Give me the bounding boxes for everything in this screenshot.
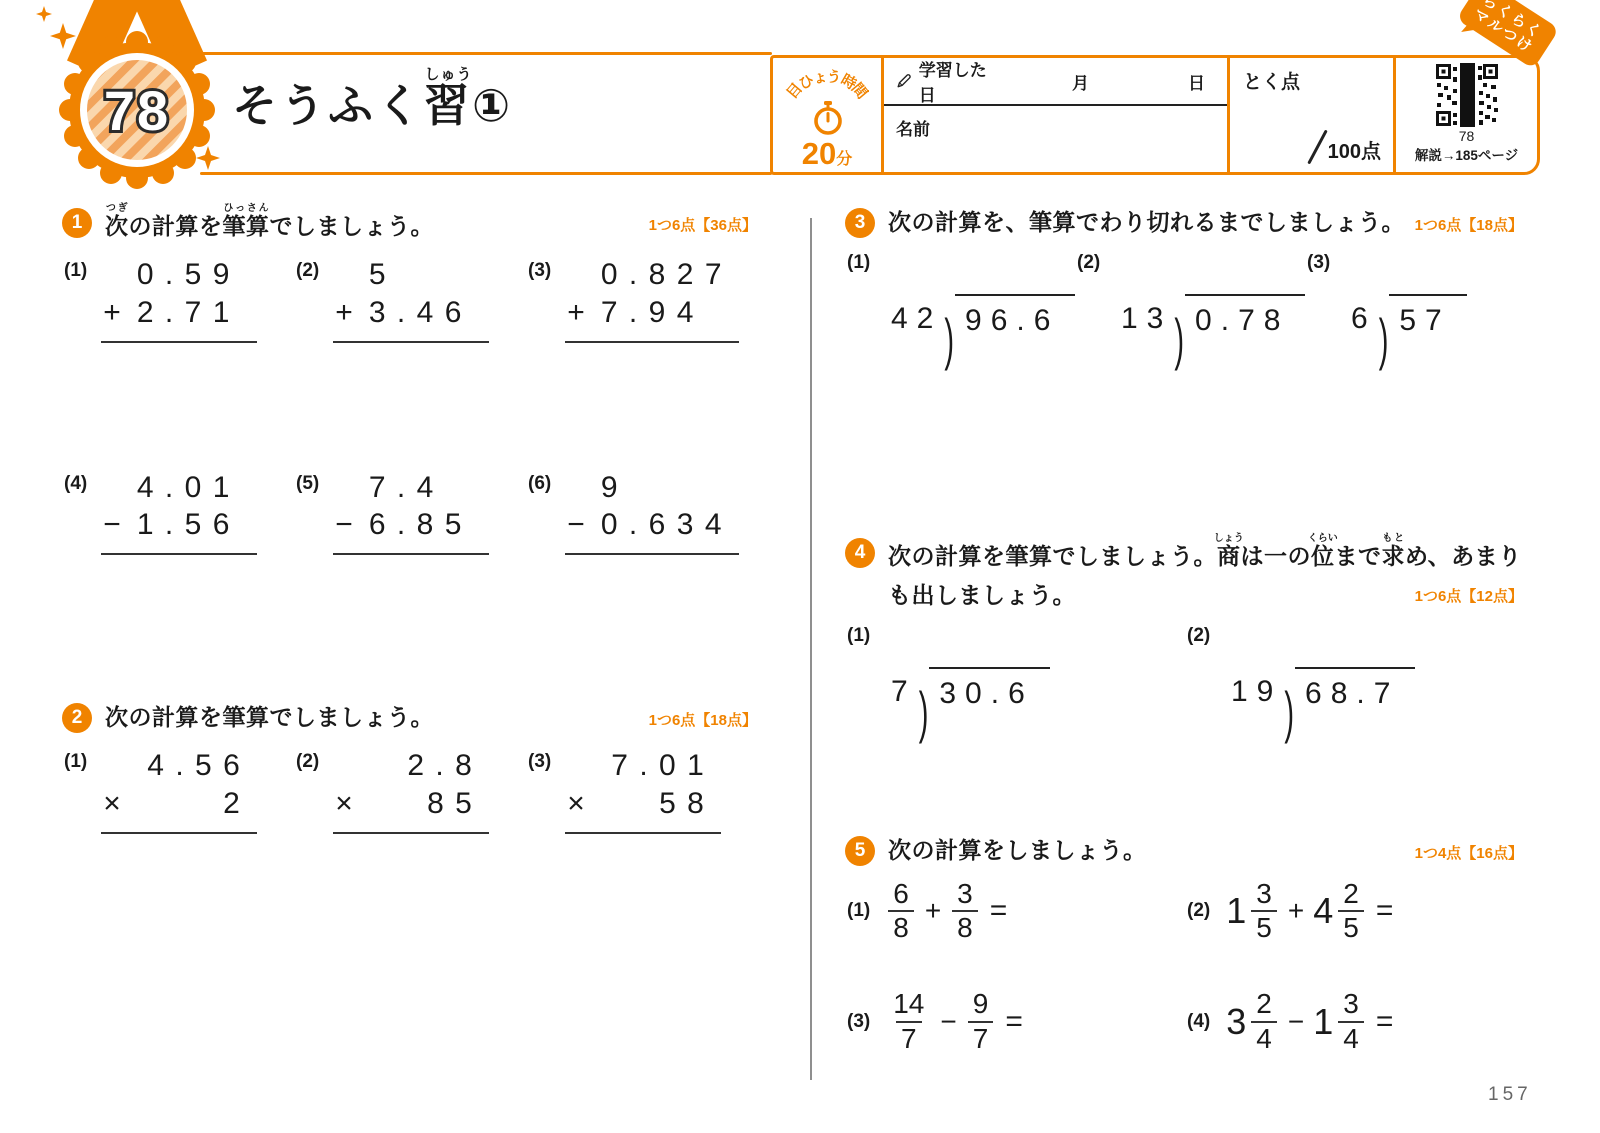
page-number: 157 — [1488, 1084, 1532, 1106]
fraction: 34 — [1338, 988, 1364, 1054]
study-date-label: 学習した日 — [919, 56, 993, 106]
problem-2-items: (1)4.56×2(2)2.8×85(3)7.01×58 — [62, 747, 757, 834]
stack-bottom-row: ×58 — [567, 785, 715, 823]
problem-points: 1つ6点【18点】 — [1415, 213, 1523, 239]
operator: − — [567, 506, 601, 544]
fraction-expression: 68+38= — [886, 878, 1007, 944]
top-number: 2.8 — [407, 747, 483, 785]
stack-top-row: 2.8 — [407, 747, 483, 785]
column-arithmetic-item: (3)0.827+7.94 — [528, 256, 759, 343]
item-label: (6) — [528, 473, 551, 495]
operator: − — [335, 506, 369, 544]
problem-points: 1つ6点【18点】 — [649, 708, 757, 734]
divisor: 19 — [1231, 667, 1282, 711]
fraction-item: (2)135+425= — [1187, 878, 1525, 944]
operator-slot — [567, 469, 601, 507]
medal-circle: 78 — [59, 31, 215, 189]
fraction-item: (1)68+38= — [847, 878, 1187, 944]
problem-number-badge: 4 — [845, 538, 875, 568]
whole-number: 1 — [1226, 890, 1246, 932]
score-max: 100点 — [1328, 135, 1381, 164]
problem-1-header: 1次つぎの計算を筆算ひっさんでしましょう。1つ6点【36点】 — [62, 203, 757, 246]
dividend: 0.78 — [1185, 294, 1305, 340]
item-label: (1) — [64, 260, 87, 282]
column-stack: 4.01−1.56 — [101, 469, 257, 556]
operator-slot — [103, 469, 137, 507]
lesson-medal-badge: 78 — [30, 0, 240, 200]
divisor: 7 — [891, 667, 917, 711]
qr-lesson-number: 78 — [1459, 128, 1475, 144]
denominator: 4 — [1251, 1021, 1277, 1055]
score-section: とく点 100点 — [1227, 58, 1393, 172]
problem-5-header: 5次の計算をしましょう。1つ4点【16点】 — [845, 831, 1523, 870]
long-division-item: (2)13)0.78 — [1077, 252, 1307, 340]
item-label: (1) — [847, 252, 1077, 274]
long-division-item: (2)19)68.7 — [1187, 625, 1525, 713]
column-stack: 4.56×2 — [101, 747, 257, 834]
bottom-number: 6.85 — [369, 506, 473, 544]
stack-top-row: 7.01 — [611, 747, 715, 785]
fraction: 97 — [968, 988, 994, 1054]
problem-points: 1つ4点【16点】 — [1415, 841, 1523, 867]
long-division-item: (1)7)30.6 — [847, 625, 1187, 713]
operator: × — [103, 785, 121, 823]
problem-4: 4次の計算を筆算でしましょう。商しょうは一の位くらいまで求もとめ、あまりも出しま… — [845, 533, 1523, 713]
operator: + — [925, 895, 941, 927]
fraction-expression: 135+425= — [1226, 878, 1393, 944]
problem-number-badge: 1 — [62, 208, 92, 238]
division-bracket: ) — [1379, 296, 1389, 379]
problem-4-items: (1)7)30.6(2)19)68.7 — [845, 625, 1523, 713]
item-label: (3) — [847, 1011, 870, 1033]
item-label: (2) — [1077, 252, 1307, 274]
operator-slot — [103, 256, 137, 294]
division-bracket: ) — [1174, 296, 1184, 379]
dividend: 30.6 — [929, 667, 1049, 713]
problem-number-badge: 2 — [62, 703, 92, 733]
stack-bottom-row: −0.634 — [567, 506, 733, 544]
stack-bottom-row: +2.71 — [103, 294, 251, 332]
problem-points: 1つ6点【12点】 — [1415, 584, 1523, 610]
title-rule-top — [200, 52, 772, 55]
column-arithmetic-item: (2)5+3.46 — [296, 256, 528, 343]
column-arithmetic-item: (3)7.01×58 — [528, 747, 759, 834]
column-stack: 7.01×58 — [565, 747, 721, 834]
item-label: (2) — [296, 751, 319, 773]
qr-section: 78 解説→185ページ — [1393, 58, 1537, 172]
column-stack: 0.827+7.94 — [565, 256, 739, 343]
dividend: 57 — [1389, 294, 1466, 340]
operator: + — [103, 294, 137, 332]
problem-1-items: (1)0.59+2.71(2)5+3.46(3)0.827+7.94(4)4.0… — [62, 256, 757, 555]
header-info-box: 目ひょう時間 20分 学習した日 月 日 名前 とく点 100点 — [770, 55, 1540, 175]
item-label: (4) — [64, 473, 87, 495]
bottom-number: 7.94 — [601, 294, 705, 332]
item-label: (1) — [64, 751, 87, 773]
denominator: 7 — [896, 1021, 922, 1055]
numerator: 3 — [1338, 988, 1364, 1020]
pencil-icon — [896, 72, 912, 90]
fraction-item: (3)147−97= — [847, 988, 1187, 1054]
equals-sign: = — [1376, 894, 1394, 928]
stopwatch-icon — [810, 100, 846, 136]
column-arithmetic-item: (6)9−0.634 — [528, 469, 759, 556]
goal-time-section: 目ひょう時間 20分 — [773, 58, 881, 172]
operator: × — [335, 785, 353, 823]
item-label: (2) — [1187, 625, 1525, 647]
operator: + — [567, 294, 601, 332]
problem-5-items: (1)68+38=(2)135+425=(3)147−97=(4)324−134… — [845, 878, 1523, 1055]
stack-top-row: 7.4 — [335, 469, 445, 507]
dividend: 96.6 — [955, 294, 1075, 340]
stack-top-row: 0.59 — [103, 256, 241, 294]
column-arithmetic-item: (2)2.8×85 — [296, 747, 528, 834]
stack-top-row: 9 — [567, 469, 629, 507]
fraction: 68 — [888, 878, 914, 944]
operator: + — [1288, 895, 1304, 927]
column-stack: 5+3.46 — [333, 256, 489, 343]
problem-4-header: 4次の計算を筆算でしましょう。商しょうは一の位くらいまで求もとめ、あまりも出しま… — [845, 533, 1523, 615]
problem-3-items: (1)42)96.6(2)13)0.78(3)6)57 — [845, 252, 1523, 340]
worksheet-page: { "colors":{"accent":"#F08300","stripe_d… — [0, 0, 1600, 1133]
top-number: 9 — [601, 469, 629, 507]
numerator: 3 — [952, 878, 978, 910]
whole-number: 4 — [1313, 890, 1333, 932]
equals-sign: = — [1005, 1005, 1023, 1039]
column-divider — [810, 218, 812, 1080]
stack-bottom-row: +7.94 — [567, 294, 733, 332]
dividend: 68.7 — [1295, 667, 1415, 713]
denominator: 8 — [952, 910, 978, 944]
fraction-expression: 147−97= — [886, 988, 1023, 1054]
bottom-number: 0.634 — [601, 506, 733, 544]
denominator: 5 — [1338, 910, 1364, 944]
problem-number-badge: 3 — [845, 208, 875, 238]
column-arithmetic-item: (4)4.01−1.56 — [64, 469, 296, 556]
stack-bottom-row: +3.46 — [335, 294, 483, 332]
name-label: 名前 — [896, 120, 930, 139]
denominator: 8 — [888, 910, 914, 944]
denominator: 4 — [1338, 1021, 1364, 1055]
long-division: 6)57 — [1351, 294, 1525, 340]
operator: + — [335, 294, 369, 332]
whole-number: 3 — [1226, 1001, 1246, 1043]
day-label: 日 — [1188, 69, 1205, 94]
numerator: 2 — [1251, 988, 1277, 1020]
problem-points: 1つ6点【36点】 — [649, 213, 757, 239]
equals-sign: = — [990, 894, 1008, 928]
operator-slot — [335, 469, 369, 507]
column-arithmetic-item: (1)0.59+2.71 — [64, 256, 296, 343]
item-label: (5) — [296, 473, 319, 495]
long-division: 19)68.7 — [1231, 667, 1525, 713]
top-number: 4.01 — [137, 469, 241, 507]
qr-code — [1435, 63, 1499, 127]
division-bracket: ) — [1284, 669, 1294, 752]
item-label: (2) — [296, 260, 319, 282]
bottom-number: 58 — [659, 785, 715, 823]
medal-icon: 78 — [30, 0, 240, 200]
long-division-item: (1)42)96.6 — [847, 252, 1077, 340]
top-number: 0.59 — [137, 256, 241, 294]
item-label: (3) — [528, 751, 551, 773]
score-label: とく点 — [1243, 67, 1300, 94]
item-label: (3) — [528, 260, 551, 282]
column-stack: 2.8×85 — [333, 747, 489, 834]
operator-slot — [335, 256, 369, 294]
fraction-expression: 324−134= — [1226, 988, 1393, 1054]
item-label: (3) — [1307, 252, 1525, 274]
month-label: 月 — [1072, 69, 1089, 94]
denominator: 5 — [1251, 910, 1277, 944]
stack-bottom-row: ×2 — [103, 785, 251, 823]
qr-answer-note: 解説→185ページ — [1415, 144, 1518, 164]
problem-instruction: 次つぎの計算を筆算ひっさんでしましょう。 — [105, 203, 552, 246]
problem-number-badge: 5 — [845, 836, 875, 866]
problem-3-header: 3次の計算を、筆算でわり切れるまでしましょう。1つ6点【18点】 — [845, 203, 1523, 242]
item-label: (1) — [847, 625, 1187, 647]
long-division-item: (3)6)57 — [1307, 252, 1525, 340]
goal-time-unit: 分 — [836, 151, 852, 168]
equals-sign: = — [1376, 1005, 1394, 1039]
bottom-number: 85 — [427, 785, 483, 823]
denominator: 7 — [968, 1021, 994, 1055]
problem-3: 3次の計算を、筆算でわり切れるまでしましょう。1つ6点【18点】(1)42)96… — [845, 203, 1523, 340]
top-number: 7.4 — [369, 469, 445, 507]
title-rule-bottom — [200, 172, 772, 175]
stack-bottom-row: −1.56 — [103, 506, 251, 544]
stack-top-row: 4.56 — [147, 747, 251, 785]
bottom-number: 2.71 — [137, 294, 241, 332]
problem-5: 5次の計算をしましょう。1つ4点【16点】(1)68+38=(2)135+425… — [845, 831, 1523, 1055]
lesson-number: 78 — [104, 79, 170, 142]
numerator: 14 — [888, 988, 929, 1020]
fraction: 25 — [1338, 878, 1364, 944]
column-stack: 0.59+2.71 — [101, 256, 257, 343]
top-number: 7.01 — [611, 747, 715, 785]
operator: × — [567, 785, 585, 823]
column-stack: 9−0.634 — [565, 469, 739, 556]
fraction: 35 — [1251, 878, 1277, 944]
bottom-number: 2 — [223, 785, 251, 823]
column-arithmetic-item: (1)4.56×2 — [64, 747, 296, 834]
numerator: 6 — [888, 878, 914, 910]
whole-number: 1 — [1313, 1001, 1333, 1043]
divisor: 42 — [891, 294, 942, 338]
bottom-number: 1.56 — [137, 506, 241, 544]
division-bracket: ) — [919, 669, 929, 752]
stack-top-row: 5 — [335, 256, 397, 294]
problem-instruction: 次の計算をしましょう。 — [888, 831, 1265, 870]
long-division: 42)96.6 — [891, 294, 1077, 340]
top-number: 0.827 — [601, 256, 733, 294]
fraction: 147 — [888, 988, 929, 1054]
stack-top-row: 0.827 — [567, 256, 733, 294]
problem-2: 2次の計算を筆算でしましょう。1つ6点【18点】(1)4.56×2(2)2.8×… — [62, 698, 757, 834]
operator: − — [103, 506, 137, 544]
operator: − — [1288, 1006, 1304, 1038]
divisor: 6 — [1351, 294, 1377, 338]
numerator: 2 — [1338, 878, 1364, 910]
problem-instruction: 次の計算を筆算でしましょう。 — [105, 698, 552, 737]
long-division: 7)30.6 — [891, 667, 1187, 713]
numerator: 3 — [1251, 878, 1277, 910]
stack-top-row: 4.01 — [103, 469, 241, 507]
operator-slot — [567, 256, 601, 294]
operator: − — [940, 1006, 956, 1038]
top-number: 5 — [369, 256, 397, 294]
goal-time-value: 20 — [802, 136, 836, 171]
fraction-item: (4)324−134= — [1187, 988, 1525, 1054]
problem-1: 1次つぎの計算を筆算ひっさんでしましょう。1つ6点【36点】(1)0.59+2.… — [62, 203, 757, 555]
top-number: 4.56 — [147, 747, 251, 785]
date-name-section: 学習した日 月 日 名前 — [881, 58, 1227, 172]
item-label: (2) — [1187, 900, 1210, 922]
fraction: 24 — [1251, 988, 1277, 1054]
score-slash — [1307, 130, 1327, 165]
bottom-number: 3.46 — [369, 294, 473, 332]
numerator: 9 — [968, 988, 994, 1020]
fraction: 38 — [952, 878, 978, 944]
page-title: そうふく習しゅう① — [232, 66, 513, 134]
item-label: (4) — [1187, 1011, 1210, 1033]
column-arithmetic-item: (5)7.4−6.85 — [296, 469, 528, 556]
division-bracket: ) — [944, 296, 954, 379]
stack-bottom-row: ×85 — [335, 785, 483, 823]
problem-2-header: 2次の計算を筆算でしましょう。1つ6点【18点】 — [62, 698, 757, 737]
column-stack: 7.4−6.85 — [333, 469, 489, 556]
stack-bottom-row: −6.85 — [335, 506, 483, 544]
divisor: 13 — [1121, 294, 1172, 338]
long-division: 13)0.78 — [1121, 294, 1307, 340]
item-label: (1) — [847, 900, 870, 922]
